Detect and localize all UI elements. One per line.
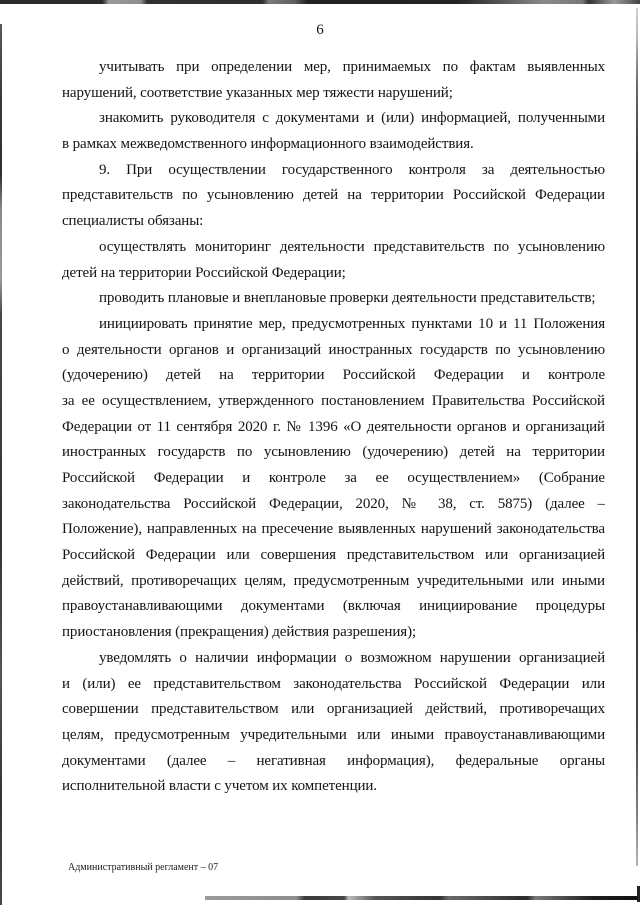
- text-line: приостановления (прекращения) действия р…: [62, 620, 605, 646]
- paragraph: уведомлять о наличии информации о возмож…: [62, 646, 605, 800]
- document-body: учитывать при определении мер, принимаем…: [62, 55, 605, 800]
- paragraph: осуществлять мониторинг деятельности пре…: [62, 235, 605, 286]
- text-line: Положение), направленных на пресечение в…: [62, 517, 605, 543]
- paragraph: проводить плановые и внеплановые проверк…: [62, 286, 605, 312]
- scanned-document-page: { "page": { "number": "6", "footer": "Ад…: [0, 0, 640, 905]
- text-line: в рамках межведомственного информационно…: [62, 132, 605, 158]
- scan-edge-bottom: [205, 896, 640, 900]
- text-line: инициировать принятие мер, предусмотренн…: [62, 312, 605, 338]
- scan-edge-right: [636, 8, 638, 866]
- text-line: уведомлять о наличии информации о возмож…: [62, 646, 605, 672]
- text-line: действий, противоречащих целям, предусмо…: [62, 569, 605, 595]
- text-line: нарушений, соответствие указанных мер тя…: [62, 81, 605, 107]
- text-line: за ее осуществлением, утвержденного пост…: [62, 389, 605, 415]
- text-line: и (или) ее представительством законодате…: [62, 672, 605, 698]
- text-line: знакомить руководителя с документами и (…: [62, 106, 605, 132]
- text-line: иностранных государств по усыновлению (у…: [62, 440, 605, 466]
- paragraph: 9. При осуществлении государственного ко…: [62, 158, 605, 235]
- text-line: (удочерению) детей на территории Российс…: [62, 363, 605, 389]
- text-line: целям, предусмотренным учредительными ил…: [62, 723, 605, 749]
- paragraph: инициировать принятие мер, предусмотренн…: [62, 312, 605, 646]
- text-line: правоустанавливающими документами (включ…: [62, 594, 605, 620]
- text-line: учитывать при определении мер, принимаем…: [62, 55, 605, 81]
- text-line: документами (далее – негативная информац…: [62, 749, 605, 775]
- text-line: 9. При осуществлении государственного ко…: [62, 158, 605, 184]
- scan-edge-left: [0, 24, 2, 905]
- text-line: совершении представительством или органи…: [62, 697, 605, 723]
- text-line: детей на территории Российской Федерации…: [62, 261, 605, 287]
- paragraph: знакомить руководителя с документами и (…: [62, 106, 605, 157]
- page-number: 6: [0, 21, 640, 39]
- text-line: исполнительной власти с учетом их компет…: [62, 774, 605, 800]
- text-line: о деятельности органов и организаций ино…: [62, 338, 605, 364]
- text-line: Российской Федерации и контроле за ее ос…: [62, 466, 605, 492]
- paragraph: учитывать при определении мер, принимаем…: [62, 55, 605, 106]
- text-line: проводить плановые и внеплановые проверк…: [62, 286, 605, 312]
- text-line: представительств по усыновлению детей на…: [62, 183, 605, 209]
- text-line: осуществлять мониторинг деятельности пре…: [62, 235, 605, 261]
- footer-imprint: Административный регламент – 07: [68, 862, 218, 874]
- text-line: законодательства Российской Федерации, 2…: [62, 492, 605, 518]
- text-line: Российской Федерации или совершения пред…: [62, 543, 605, 569]
- scan-edge-top: [0, 0, 640, 4]
- text-line: Федерации от 11 сентября 2020 г. № 1396 …: [62, 415, 605, 441]
- text-line: специалисты обязаны:: [62, 209, 605, 235]
